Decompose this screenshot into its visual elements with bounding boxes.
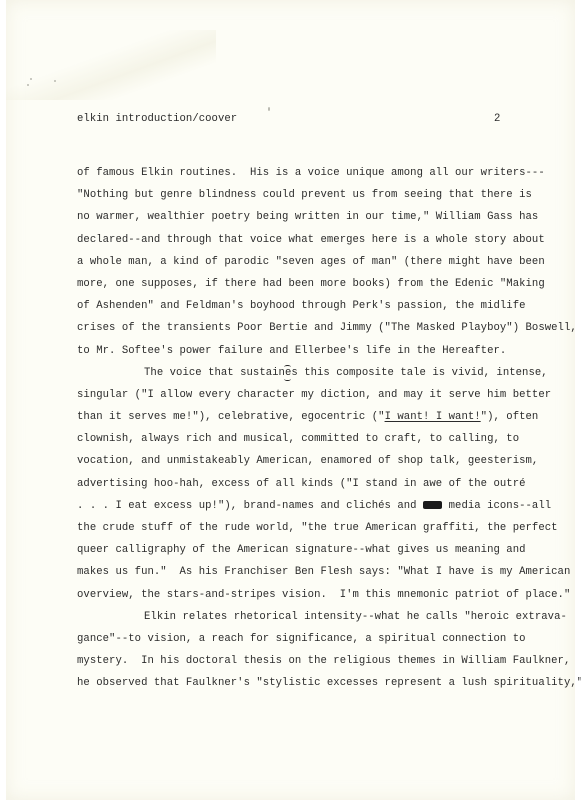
paper-speck xyxy=(54,80,56,82)
running-head: elkin introduction/coover xyxy=(77,113,237,125)
text-segment: than it serves me!"), celebrative, egoce… xyxy=(77,411,385,423)
paper-crease xyxy=(6,30,216,100)
text-line: The voice that sustaines this composite … xyxy=(77,362,577,384)
text-segment: media icons--all xyxy=(442,500,551,512)
text-line: "Nothing but genre blindness could preve… xyxy=(77,184,577,206)
text-line: singular ("I allow every character my di… xyxy=(77,384,577,406)
text-line: no warmer, wealthier poetry being writte… xyxy=(77,206,577,228)
paper-speck xyxy=(27,84,29,86)
paragraph-1: of famous Elkin routines. His is a voice… xyxy=(77,162,577,362)
handwritten-deletion-mark: e xyxy=(285,362,291,384)
text-line: vocation, and unmistakeably American, en… xyxy=(77,450,577,472)
text-line: . . . I eat excess up!"), brand-names an… xyxy=(77,495,577,517)
text-line: a whole man, a kind of parodic "seven ag… xyxy=(77,251,577,273)
text-segment: "), often xyxy=(481,411,539,423)
paragraph-2: The voice that sustaines this composite … xyxy=(77,362,577,606)
text-line: of famous Elkin routines. His is a voice… xyxy=(77,162,577,184)
text-line: crises of the transients Poor Bertie and… xyxy=(77,317,577,339)
text-line: of Ashenden" and Feldman's boyhood throu… xyxy=(77,295,577,317)
text-line: more, one supposes, if there had been mo… xyxy=(77,273,577,295)
text-line: overview, the stars-and-stripes vision. … xyxy=(77,584,577,606)
paragraph-3: Elkin relates rhetorical intensity--what… xyxy=(77,606,577,695)
page-number: 2 xyxy=(494,113,500,125)
body-text: of famous Elkin routines. His is a voice… xyxy=(77,162,577,695)
text-line: mystery. In his doctoral thesis on the r… xyxy=(77,650,577,672)
text-line: Elkin relates rhetorical intensity--what… xyxy=(77,606,577,628)
text-line: than it serves me!"), celebrative, egoce… xyxy=(77,406,577,428)
struck-out-word: pop xyxy=(423,501,442,509)
text-segment: The voice that sustain xyxy=(144,367,285,379)
text-line: declared--and through that voice what em… xyxy=(77,229,577,251)
text-segment: s this composite tale is vivid, intense, xyxy=(291,367,547,379)
text-line: the crude stuff of the rude world, "the … xyxy=(77,517,577,539)
text-line: clownish, always rich and musical, commi… xyxy=(77,428,577,450)
paper-speck xyxy=(30,78,32,80)
text-line: queer calligraphy of the American signat… xyxy=(77,539,577,561)
text-line: gance"--to vision, a reach for significa… xyxy=(77,628,577,650)
text-segment: . . . I eat excess up!"), brand-names an… xyxy=(77,500,423,512)
text-line: he observed that Faulkner's "stylistic e… xyxy=(77,672,577,694)
underlined-quote: I want! I want! xyxy=(385,411,481,423)
paper-speck xyxy=(268,107,270,111)
text-line: to Mr. Softee's power failure and Ellerb… xyxy=(77,340,577,362)
typescript-page: elkin introduction/coover 2 of famous El… xyxy=(6,0,575,800)
text-line: advertising hoo-hah, excess of all kinds… xyxy=(77,473,577,495)
text-line: makes us fun." As his Franchiser Ben Fle… xyxy=(77,561,577,583)
